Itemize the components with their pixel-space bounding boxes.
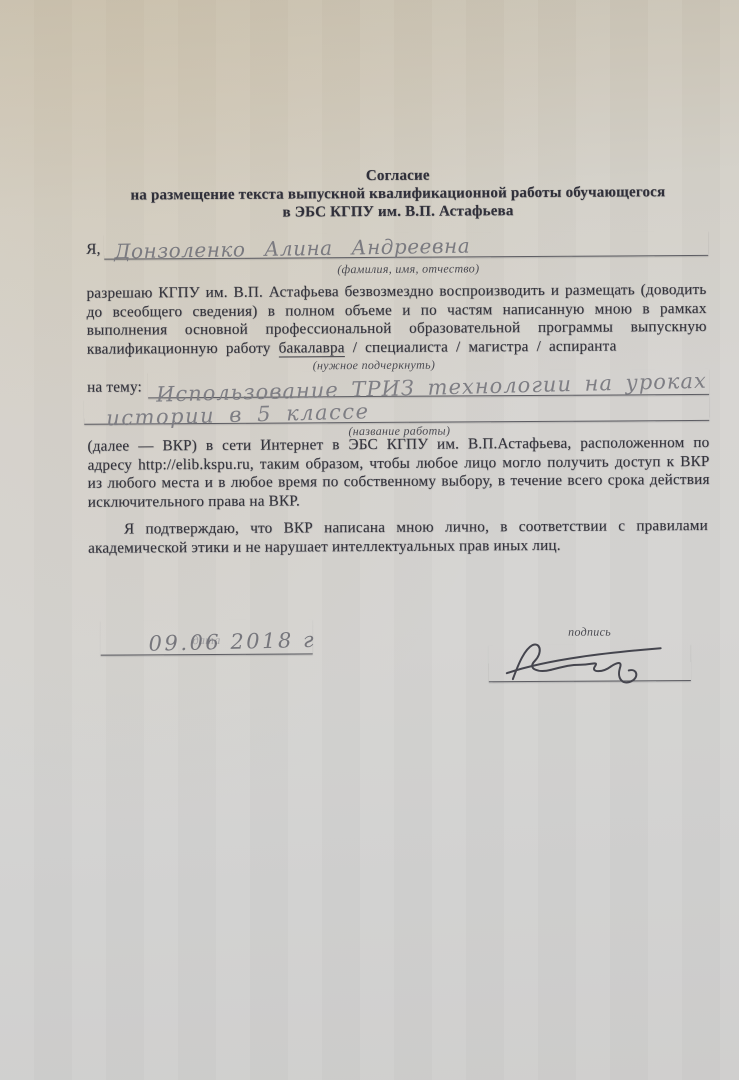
placement-line-3: из любого места и в любое время по собст… bbox=[88, 471, 710, 493]
document-title: Согласие на размещение текста выпускной … bbox=[58, 165, 738, 223]
signature-scribble bbox=[499, 638, 679, 691]
handwritten-full-name: Донзоленко Алина Андреевна bbox=[114, 234, 470, 264]
confirmation-line-2: академической этики и не нарушает интелл… bbox=[88, 536, 708, 558]
confirmation-paragraph: Я подтверждаю, что ВКР написана мною лич… bbox=[88, 517, 708, 558]
document-photo: Согласие на размещение текста выпускной … bbox=[0, 0, 739, 1080]
topic-label: на тему: bbox=[87, 378, 142, 398]
name-prefix: Я, bbox=[86, 241, 100, 260]
placement-line-4: исключительного права на ВКР. bbox=[88, 490, 710, 512]
topic-row-1: на тему: Использование ТРИЗ технологии н… bbox=[87, 370, 709, 399]
signature-caption: подпись bbox=[506, 624, 674, 640]
confirmation-line-1: Я подтверждаю, что ВКР написана мною лич… bbox=[88, 517, 708, 539]
degree-option-underlined: бакалавра bbox=[278, 339, 344, 358]
signature-blank-line bbox=[489, 644, 691, 682]
full-name-caption: (фамилия, имя, отчество) bbox=[148, 260, 668, 278]
topic-blank-line-2: истории в 5 классе bbox=[84, 396, 709, 425]
topic-blank-line-1: Использование ТРИЗ технологии на уроках bbox=[148, 369, 709, 398]
consent-form-sheet: Согласие на размещение текста выпускной … bbox=[0, 0, 739, 1080]
date-caption: дата bbox=[101, 632, 313, 648]
permission-paragraph: разрешаю КГПУ им. В.П. Астафьева безвозм… bbox=[86, 281, 706, 359]
placement-paragraph: (далее — ВКР) в сети Интернет в ЭБС КГПУ… bbox=[87, 434, 709, 512]
degree-options-rest: / специалиста / магистра / аспиранта bbox=[353, 337, 617, 356]
full-name-blank-line: Донзоленко Алина Андреевна bbox=[104, 231, 708, 260]
full-name-row: Я, Донзоленко Алина Андреевна bbox=[86, 232, 708, 260]
degree-options-prefix: квалификационную работу bbox=[87, 339, 271, 357]
